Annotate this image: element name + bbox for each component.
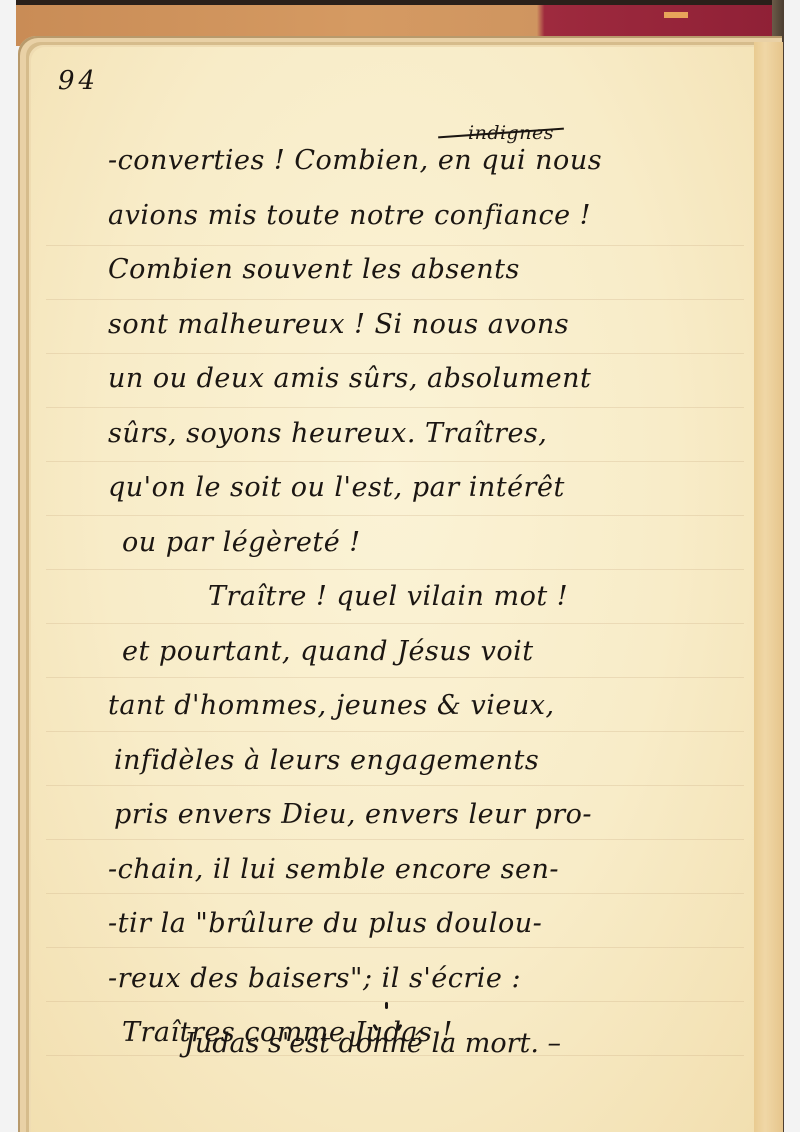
interlinear-insertion: indignes	[468, 106, 554, 160]
text-line-7: qu'on le soit ou l'est, par intérêt	[108, 461, 748, 516]
text-line-5: un ou deux amis sûrs, absolument	[108, 352, 748, 407]
handwritten-text-block: -converties ! Combien, en qui nous indig…	[108, 134, 748, 1061]
text-line-8: ou par légèreté !	[108, 516, 748, 571]
page-number: 94	[58, 66, 99, 96]
text-line-15: -tir la "brûlure du plus doulou-	[108, 897, 748, 952]
text-line-10: et pourtant, quand Jésus voit	[108, 625, 748, 680]
text-line-14: -chain, il lui semble encore sen-	[108, 843, 748, 898]
text-line-2: avions mis toute notre confiance !	[108, 189, 748, 244]
text-line-6: sûrs, soyons heureux. Traîtres,	[108, 407, 748, 462]
cover-label-tab	[664, 12, 688, 18]
text-line-13: pris envers Dieu, envers leur pro-	[108, 788, 748, 843]
text-line-1: -converties ! Combien, en qui nous indig…	[108, 134, 748, 189]
text-line-11: tant d'hommes, jeunes & vieux,	[108, 679, 748, 734]
page-fore-edge	[752, 42, 783, 1132]
text-line-9: Traître ! quel vilain mot !	[108, 570, 748, 625]
scanned-notebook: 94 -converties ! Combien, en qui nous in…	[0, 0, 800, 1132]
closing-line: Judas s'est donné la mort. –	[184, 1028, 561, 1059]
notebook-page: 94 -converties ! Combien, en qui nous in…	[26, 42, 754, 1132]
text-line-4: sont malheureux ! Si nous avons	[108, 298, 748, 353]
text-line-3: Combien souvent les absents	[108, 243, 748, 298]
text-line-16: -reux des baisers"; il s'écrie :	[108, 952, 748, 1007]
text-line-12: infidèles à leurs engagements	[108, 734, 748, 789]
